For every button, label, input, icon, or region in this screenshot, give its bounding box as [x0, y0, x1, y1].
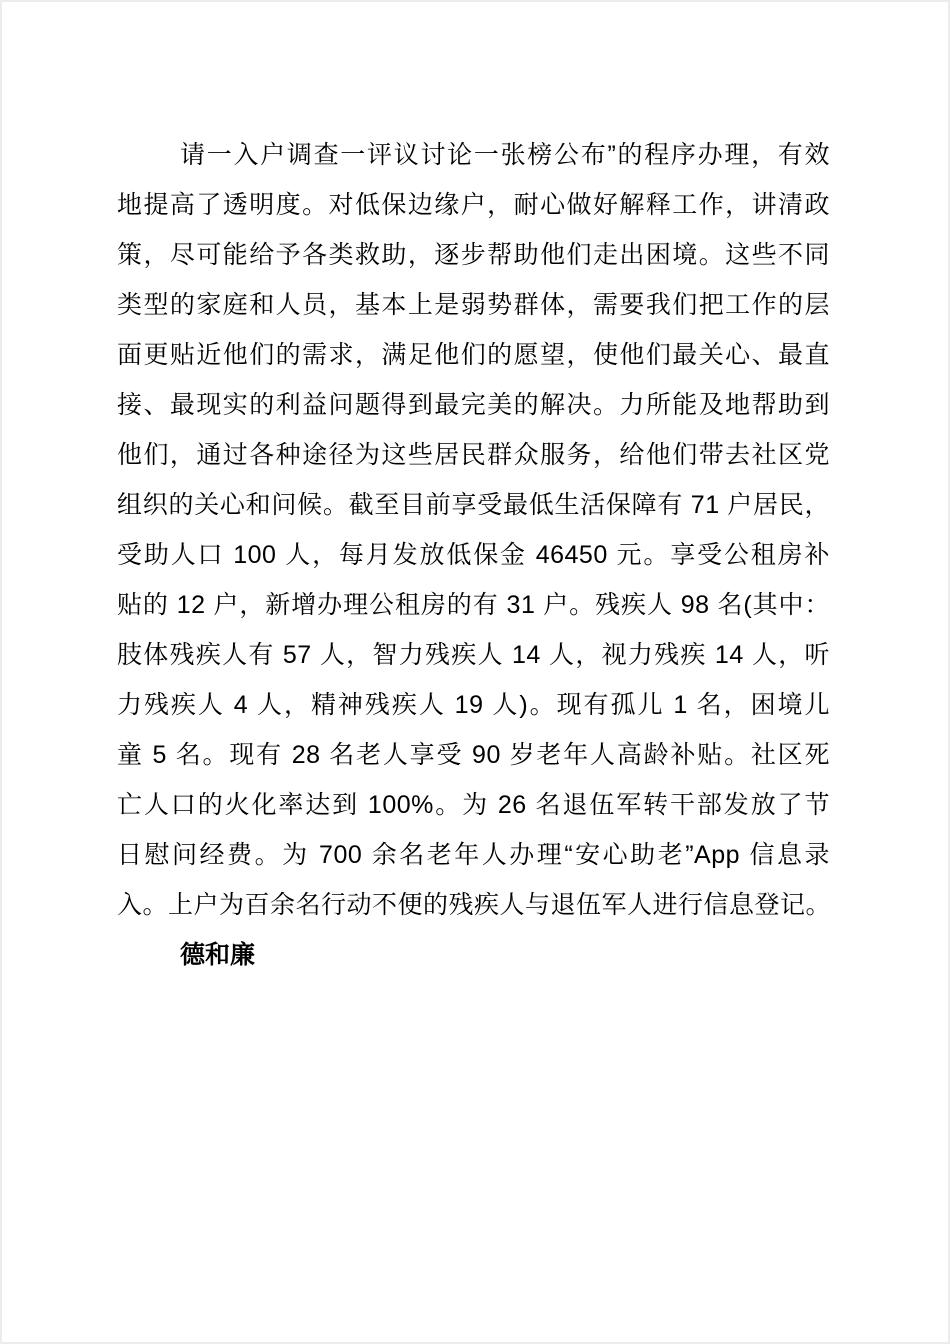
paragraph-line: 组织的关心和问候。截至目前享受最低生活保障有 71 户居民， [117, 480, 830, 530]
paragraph-line: 肢体残疾人有 57 人，智力残疾人 14 人，视力残疾 14 人，听 [117, 630, 830, 680]
paragraph-line: 他们，通过各种途径为这些居民群众服务，给他们带去社区党 [117, 430, 830, 480]
paragraph-line: 面更贴近他们的需求，满足他们的愿望，使他们最关心、最直 [117, 330, 830, 380]
paragraph-line: 类型的家庭和人员，基本上是弱势群体，需要我们把工作的层 [117, 280, 830, 330]
paragraph-line: 贴的 12 户，新增办理公租房的有 31 户。残疾人 98 名(其中： [117, 580, 830, 630]
paragraph-line: 日慰问经费。为 700 余名老年人办理“安心助老”App 信息录 [117, 830, 830, 880]
paragraph-line: 童 5 名。现有 28 名老人享受 90 岁老年人高龄补贴。社区死 [117, 730, 830, 780]
paragraph-line: 亡人口的火化率达到 100%。为 26 名退伍军转干部发放了节 [117, 780, 830, 830]
paragraph-line: 请一入户调查一评议讨论一张榜公布”的程序办理，有效 [117, 130, 830, 180]
paragraph-line: 受助人口 100 人，每月发放低保金 46450 元。享受公租房补 [117, 530, 830, 580]
paragraph-line: 力残疾人 4 人，精神残疾人 19 人)。现有孤儿 1 名，困境儿 [117, 680, 830, 730]
document-page: 请一入户调查一评议讨论一张榜公布”的程序办理，有效 地提高了透明度。对低保边缘户… [0, 0, 950, 1344]
paragraph-line: 地提高了透明度。对低保边缘户，耐心做好解释工作，讲清政 [117, 180, 830, 230]
section-heading: 德和廉 [117, 930, 830, 980]
paragraph-line: 接、最现实的利益问题得到最完美的解决。力所能及地帮助到 [117, 380, 830, 430]
document-body: 请一入户调查一评议讨论一张榜公布”的程序办理，有效 地提高了透明度。对低保边缘户… [117, 130, 830, 980]
paragraph-line: 策，尽可能给予各类救助，逐步帮助他们走出困境。这些不同 [117, 230, 830, 280]
paragraph-line: 入。上户为百余名行动不便的残疾人与退伍军人进行信息登记。 [117, 880, 830, 930]
